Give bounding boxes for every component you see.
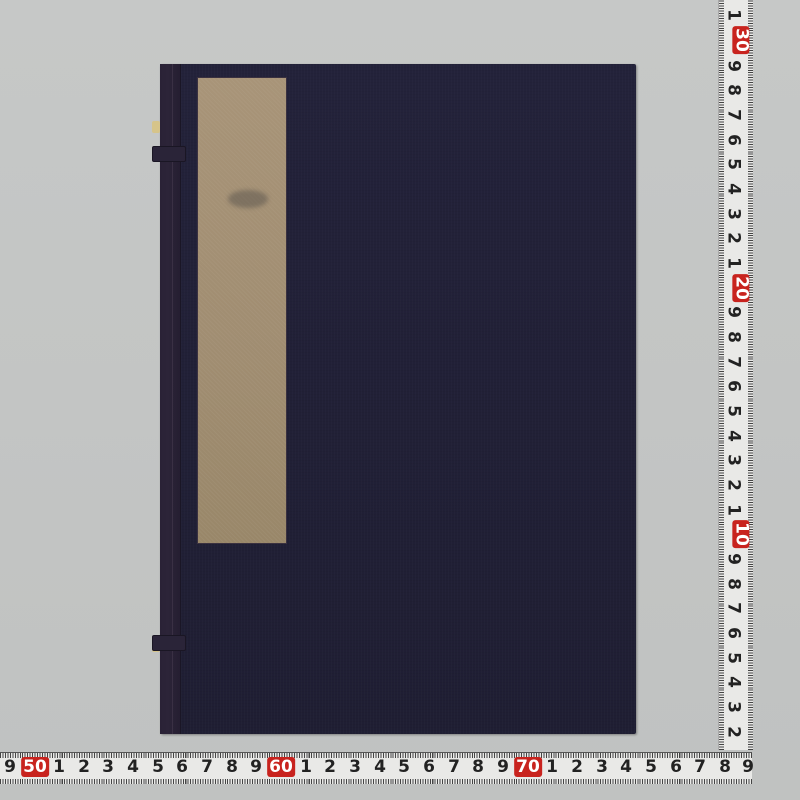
ruler-number: 3 (724, 701, 741, 713)
spine-stitch-line (172, 64, 173, 734)
ruler-number: 7 (724, 602, 741, 614)
ruler-ticks-bottom (0, 779, 752, 784)
ruler-number: 1 (53, 757, 65, 777)
label-stain (228, 190, 268, 208)
ruler-number: 9 (742, 757, 754, 777)
ruler-number: 9 (4, 757, 16, 777)
ruler-number: 6 (724, 380, 741, 392)
ruler-number: 7 (724, 109, 741, 121)
ruler-number: 9 (497, 757, 509, 777)
ruler-number: 30 (732, 26, 749, 54)
book-cover (160, 64, 636, 734)
ruler-number: 8 (472, 757, 484, 777)
ruler-number: 5 (724, 405, 741, 417)
top-toggle-peg (152, 121, 160, 133)
ruler-number: 2 (571, 757, 583, 777)
ruler-number: 5 (724, 158, 741, 170)
ruler-number: 8 (226, 757, 238, 777)
top-binding-tie (152, 146, 186, 162)
ruler-number: 7 (724, 356, 741, 368)
ruler-number: 7 (201, 757, 213, 777)
ruler-number: 3 (102, 757, 114, 777)
ruler-number: 9 (724, 553, 741, 565)
ruler-number: 7 (448, 757, 460, 777)
ruler-number: 6 (423, 757, 435, 777)
ruler-number: 1 (300, 757, 312, 777)
ruler-number: 50 (21, 757, 49, 777)
ruler-number: 6 (724, 627, 741, 639)
ruler-number: 60 (267, 757, 295, 777)
ruler-number: 1 (724, 504, 741, 516)
ruler-number: 6 (176, 757, 188, 777)
ruler-number: 8 (724, 84, 741, 96)
ruler-number: 3 (724, 208, 741, 220)
ruler-number: 1 (724, 257, 741, 269)
ruler-number: 5 (398, 757, 410, 777)
ruler-number: 8 (719, 757, 731, 777)
ruler-number: 2 (78, 757, 90, 777)
book-spine (160, 64, 181, 734)
ruler-number: 1 (546, 757, 558, 777)
ruler-number: 4 (724, 430, 741, 442)
ruler-number: 4 (374, 757, 386, 777)
ruler-number: 3 (724, 454, 741, 466)
ruler-number: 9 (250, 757, 262, 777)
ruler-number: 2 (724, 726, 741, 738)
ruler-number: 6 (724, 134, 741, 146)
ruler-number: 2 (324, 757, 336, 777)
ruler-number: 9 (724, 306, 741, 318)
bottom-binding-tie (152, 635, 186, 651)
ruler-number: 1 (724, 9, 741, 21)
ruler-number: 2 (724, 232, 741, 244)
ruler-number: 4 (724, 183, 741, 195)
ruler-number: 4 (620, 757, 632, 777)
ruler-number: 2 (724, 479, 741, 491)
ruler-number: 5 (724, 652, 741, 664)
ruler-number: 8 (724, 578, 741, 590)
ruler-number: 10 (732, 520, 749, 548)
ruler-number: 4 (724, 676, 741, 688)
ruler-number: 8 (724, 331, 741, 343)
ruler-number: 5 (645, 757, 657, 777)
ruler-number: 9 (724, 60, 741, 72)
ruler-number: 5 (152, 757, 164, 777)
ruler-number: 4 (127, 757, 139, 777)
ruler-number: 6 (670, 757, 682, 777)
title-label-strip (197, 77, 287, 544)
ruler-number: 20 (732, 274, 749, 302)
ruler-number: 3 (349, 757, 361, 777)
ruler-number: 7 (694, 757, 706, 777)
ruler-number: 3 (596, 757, 608, 777)
ruler-ticks-right (748, 0, 753, 750)
ruler-number: 70 (514, 757, 542, 777)
